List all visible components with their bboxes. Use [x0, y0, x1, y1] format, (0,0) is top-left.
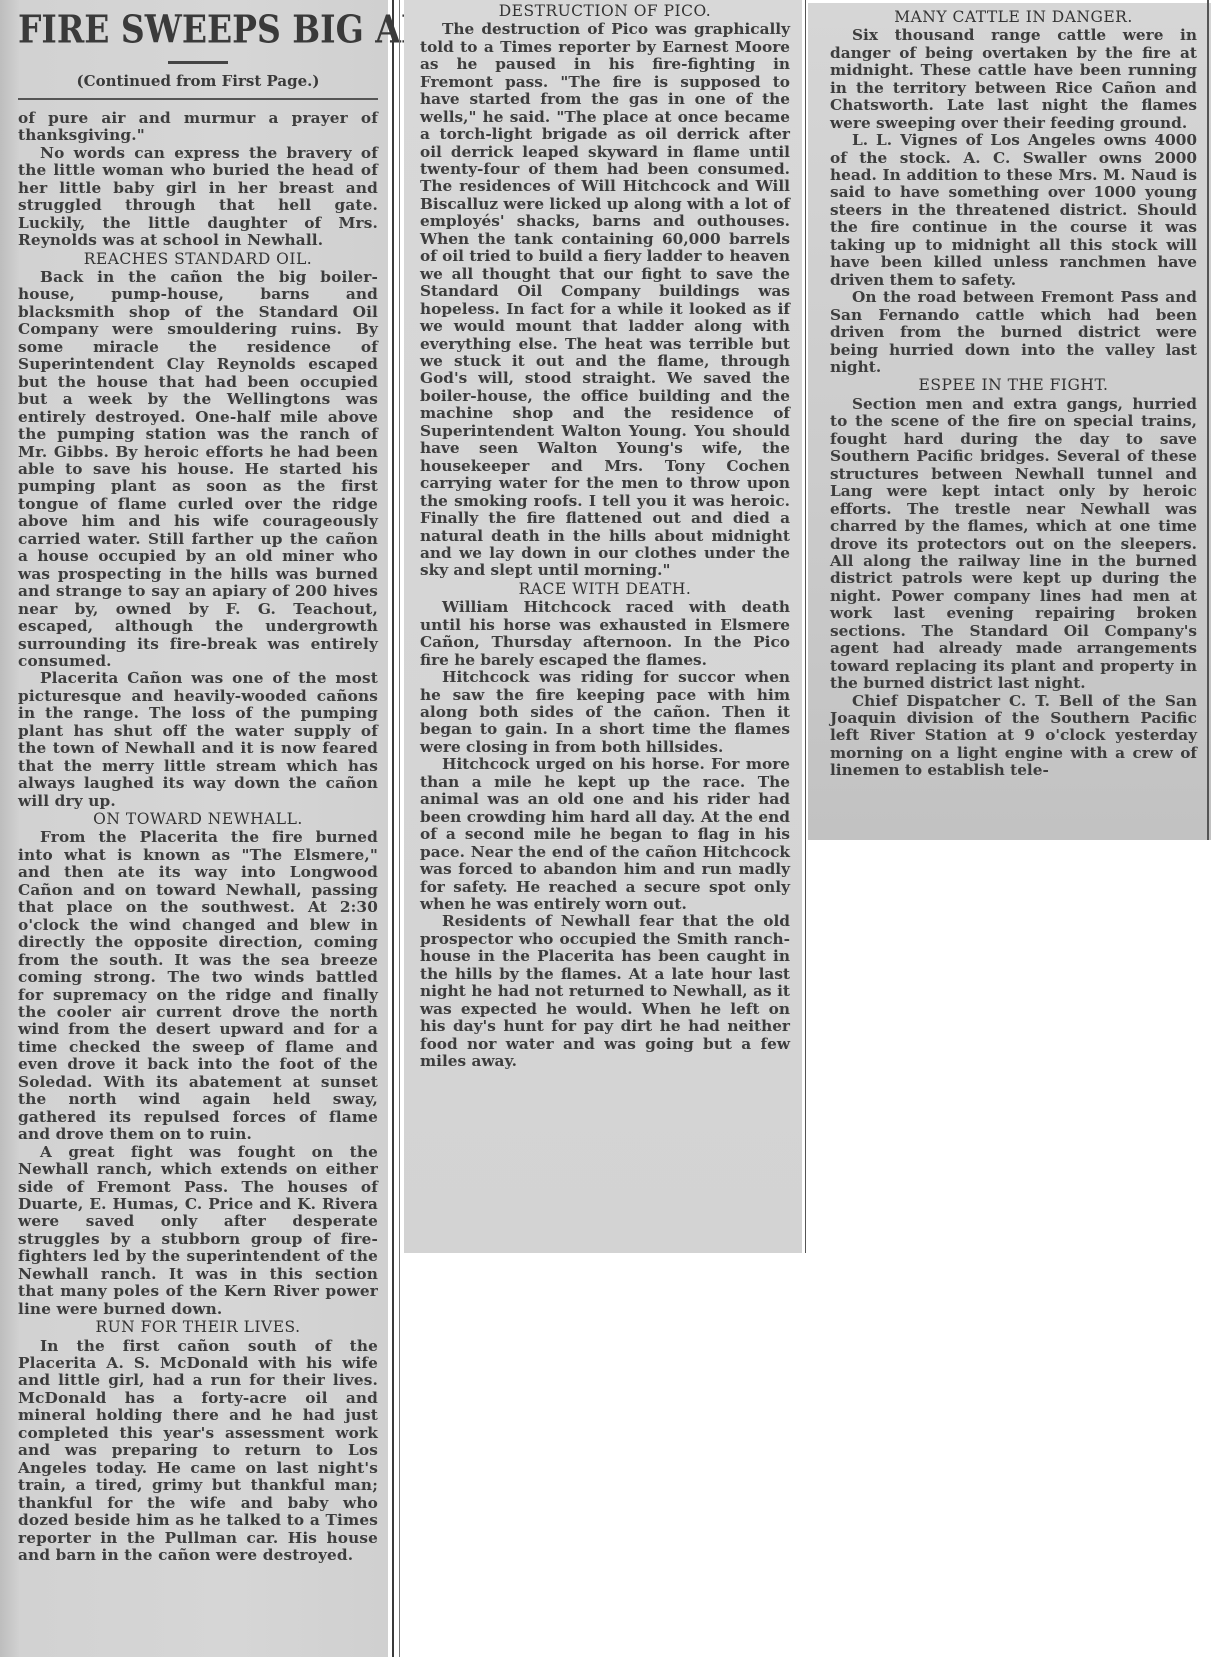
paragraph: Residents of Newhall fear that the old p… [420, 913, 790, 1070]
section-heading: RUN FOR THEIR LIVES. [18, 1319, 378, 1336]
paragraph: No words can express the bravery of the … [18, 145, 378, 250]
section-heading: DESTRUCTION OF PICO. [420, 3, 790, 20]
article-headline: FIRE SWEEPS BIG AREA. [18, 7, 378, 52]
section-heading: MANY CATTLE IN DANGER. [830, 9, 1197, 26]
section-heading: ON TOWARD NEWHALL. [18, 811, 378, 828]
headline-divider [168, 61, 228, 64]
column-3: MANY CATTLE IN DANGER.Six thousand range… [808, 3, 1211, 840]
column-rule [1207, 0, 1209, 840]
paragraph: Hitchcock was riding for succor when he … [420, 669, 790, 756]
section-heading: ESPEE IN THE FIGHT. [830, 377, 1197, 394]
continued-note: (Continued from First Page.) [18, 72, 378, 90]
column-1: FIRE SWEEPS BIG AREA. (Continued from Fi… [0, 0, 388, 1657]
column-rule [399, 0, 400, 1657]
paragraph: Six thousand range cattle were in danger… [830, 27, 1197, 132]
section-divider [18, 98, 378, 100]
paragraph: Placerita Cañon was one of the most pict… [18, 670, 378, 810]
paragraph: William Hitchcock raced with death until… [420, 599, 790, 669]
column-rule [805, 0, 806, 1253]
paragraph: A great fight was fought on the Newhall … [18, 1144, 378, 1319]
paragraph: Back in the cañon the big boiler-house, … [18, 269, 378, 670]
paragraph: On the road between Fremont Pass and San… [830, 289, 1197, 376]
section-heading: REACHES STANDARD OIL. [18, 251, 378, 268]
column-rule [392, 0, 394, 1657]
paragraph: The destruction of Pico was graphically … [420, 21, 790, 580]
paragraph: Hitchcock urged on his horse. For more t… [420, 756, 790, 913]
paragraph: Section men and extra gangs, hurried to … [830, 396, 1197, 693]
paragraph: Chief Dispatcher C. T. Bell of the San J… [830, 693, 1197, 780]
paragraph: In the first cañon south of the Placerit… [18, 1338, 378, 1565]
paragraph: of pure air and murmur a prayer of thank… [18, 110, 378, 145]
paragraph: From the Placerita the fire burned into … [18, 829, 378, 1143]
section-heading: RACE WITH DEATH. [420, 581, 790, 598]
paragraph: L. L. Vignes of Los Angeles owns 4000 of… [830, 132, 1197, 289]
column-2: DESTRUCTION OF PICO.The destruction of P… [404, 0, 802, 1253]
